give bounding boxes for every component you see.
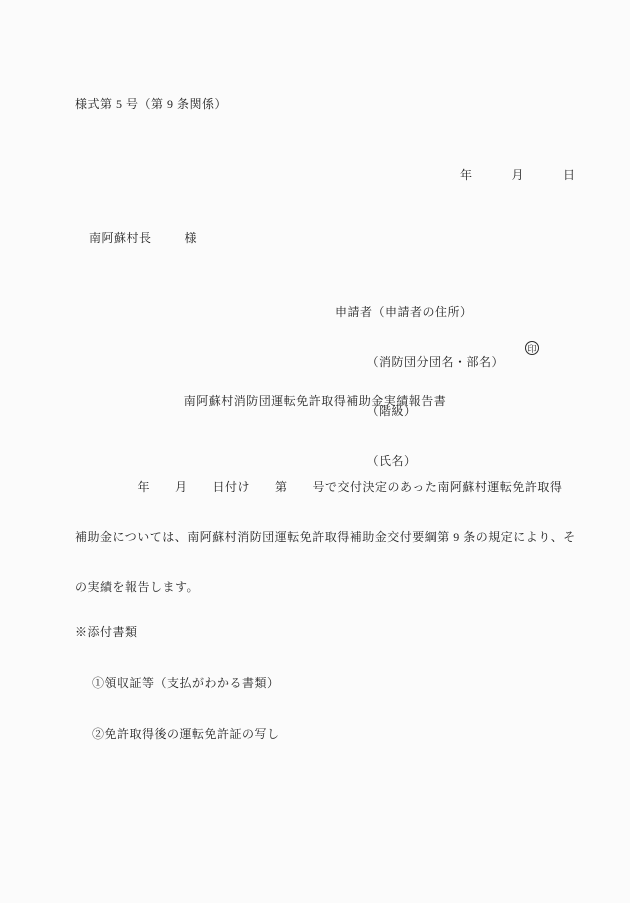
addressee-name: 南阿蘇村長 xyxy=(89,231,152,245)
applicant-address-line: 申請者（申請者の住所） xyxy=(335,305,504,327)
date-line: 年月日 xyxy=(446,154,576,196)
applicant-brigade-line: （消防団分団名・部名） xyxy=(335,355,504,377)
document-page: 様式第 5 号（第 9 条関係） 年月日 南阿蘇村長様 申請者（申請者の住所） … xyxy=(0,0,630,903)
attachments-heading: ※添付書類 xyxy=(75,625,280,648)
attachments-block: ※添付書類 ①領収証等（支払がわかる書類） ②免許取得後の運転免許証の写し xyxy=(75,597,280,778)
attachment-item-1: ①領収証等（支払がわかる書類） xyxy=(75,676,280,699)
date-day-label: 日 xyxy=(563,168,576,182)
seal-icon: 印 xyxy=(525,341,539,355)
date-year-label: 年 xyxy=(460,168,473,182)
form-number: 様式第 5 号（第 9 条関係） xyxy=(75,97,227,111)
document-title: 南阿蘇村消防団運転免許取得補助金実績報告書 xyxy=(0,394,630,408)
addressee-honorific: 様 xyxy=(185,231,198,245)
body-line-1: 年 月 日付け 第 号で交付決定のあった南阿蘇村運転免許取得 xyxy=(75,480,563,502)
body-line-2: 補助金については、南阿蘇村消防団運転免許取得補助金交付要綱第 9 条の規定により… xyxy=(75,530,563,552)
attachment-item-2: ②免許取得後の運転免許証の写し xyxy=(75,727,280,750)
date-month-label: 月 xyxy=(512,168,525,182)
addressee-line: 南阿蘇村長様 xyxy=(75,217,197,259)
